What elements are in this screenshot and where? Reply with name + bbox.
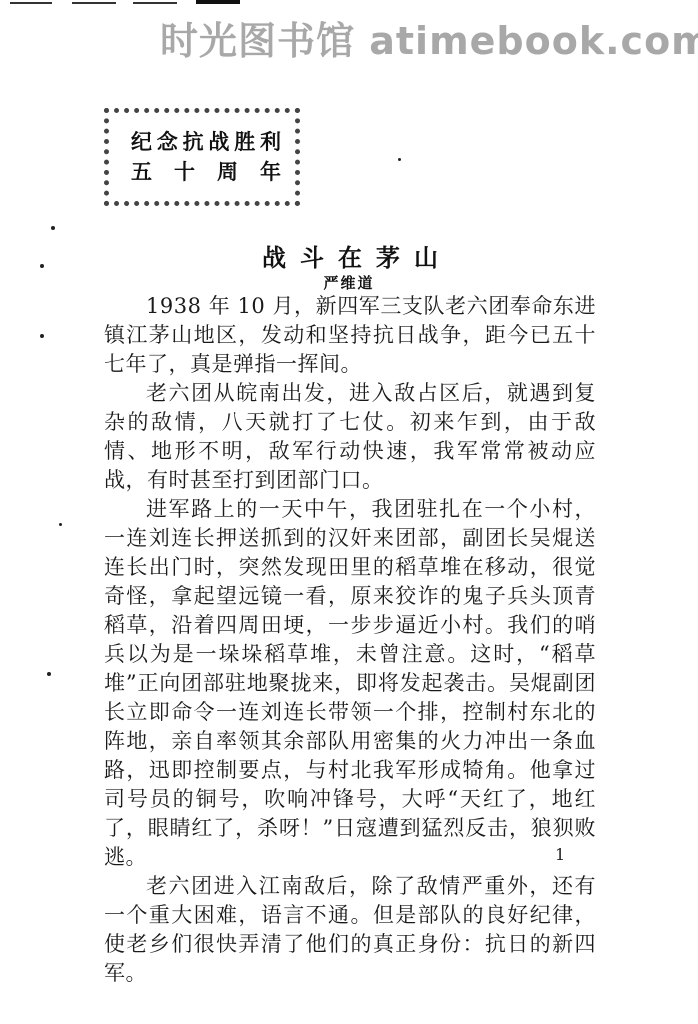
stamp-char: 抗 <box>183 127 204 157</box>
stamp-char: 战 <box>208 127 229 157</box>
scan-edge-line <box>10 2 52 4</box>
stamp-char: 年 <box>260 157 281 187</box>
scan-edge-line <box>72 2 116 4</box>
paragraph: 老六团从皖南出发，进入敌占区后，就遇到复杂的敌情，八天就打了七仗。初来乍到，由于… <box>104 379 596 495</box>
article-title: 战斗在茅山 <box>0 238 698 273</box>
stamp-line-1: 纪 念 抗 战 胜 利 <box>131 127 281 157</box>
paragraph: 进军路上的一天中午，我团驻扎在一个小村，一连刘连长押送抓到的汉奸来团部，副团长吴… <box>104 495 596 872</box>
stamp-char: 周 <box>217 157 238 187</box>
watermark: 时光图书馆 atimebook.com <box>160 10 698 65</box>
commemoration-stamp: 纪 念 抗 战 胜 利 五 十 周 年 <box>104 108 300 206</box>
scan-speck <box>398 158 401 161</box>
stamp-char: 纪 <box>131 127 152 157</box>
page-number: 1 <box>555 845 565 864</box>
scan-speck <box>47 672 51 676</box>
paragraph: 老六团进入江南敌后，除了敌情严重外，还有一个重大困难，语言不通。但是部队的良好纪… <box>104 872 596 988</box>
scan-speck <box>40 264 44 268</box>
stamp-line-2: 五 十 周 年 <box>131 157 281 187</box>
paragraph: 1938 年 10 月，新四军三支队老六团奉命东进镇江茅山地区，发动和坚持抗日战… <box>104 292 596 379</box>
scan-edge-line <box>133 2 177 4</box>
stamp-char: 念 <box>157 127 178 157</box>
stamp-char: 利 <box>260 127 281 157</box>
scan-speck <box>51 226 55 230</box>
article-author: 严维道 <box>0 272 698 293</box>
stamp-char: 五 <box>131 157 152 187</box>
scan-speck <box>40 334 44 338</box>
stamp-char: 十 <box>174 157 195 187</box>
scan-speck <box>59 523 62 526</box>
stamp-char: 胜 <box>234 127 255 157</box>
article-body: 1938 年 10 月，新四军三支队老六团奉命东进镇江茅山地区，发动和坚持抗日战… <box>104 292 596 988</box>
scan-edge-line <box>196 0 240 4</box>
